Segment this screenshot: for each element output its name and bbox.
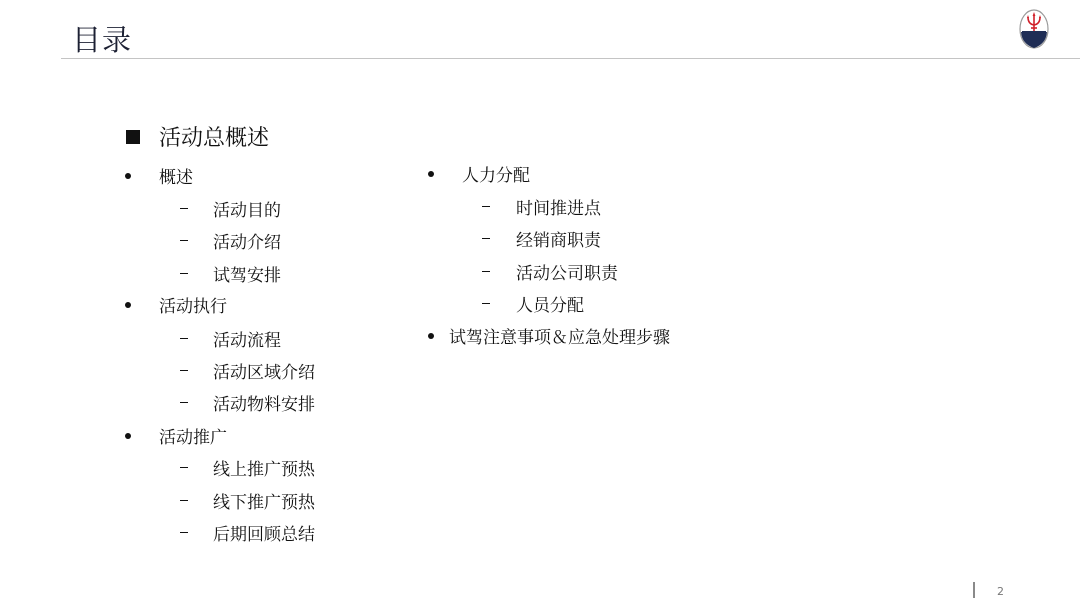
toc-subitem: 活动公司职责 [482, 259, 618, 284]
dash-icon [180, 273, 188, 275]
toc-subitem: 人员分配 [482, 291, 584, 316]
toc-subitem: 后期回顾总结 [180, 520, 315, 545]
dash-icon [180, 500, 188, 502]
toc-subitem-label: 经销商职责 [516, 226, 601, 251]
bullet-icon [428, 333, 434, 339]
toc-item: 人力分配 [428, 161, 530, 186]
toc-subitem: 线下推广预热 [180, 488, 315, 513]
toc-item: 活动推广 [125, 423, 227, 448]
toc-subitem-label: 活动目的 [213, 196, 281, 221]
section-heading-label: 活动总概述 [159, 121, 269, 152]
slide: 目录 活动总概述 概述 活动目的 活动介绍 [0, 0, 1080, 608]
toc-subitem-label: 线下推广预热 [213, 488, 315, 513]
dash-icon [482, 303, 490, 305]
dash-icon [482, 271, 490, 273]
dash-icon [180, 338, 188, 340]
toc-item-label: 活动推广 [159, 423, 227, 448]
toc-item-label: 活动执行 [159, 292, 227, 317]
toc-item: 概述 [125, 163, 193, 188]
page-number-divider [973, 582, 975, 598]
toc-subitem: 活动目的 [180, 196, 281, 221]
dash-icon [482, 238, 490, 240]
dash-icon [180, 240, 188, 242]
page-number: 2 [997, 585, 1004, 598]
toc-subitem: 试驾安排 [180, 261, 281, 286]
brand-logo-icon [1018, 8, 1050, 50]
dash-icon [180, 467, 188, 469]
toc-subitem-label: 后期回顾总结 [213, 520, 315, 545]
toc-item-label: 概述 [159, 163, 193, 188]
toc-subitem-label: 活动公司职责 [516, 259, 618, 284]
bullet-icon [125, 433, 131, 439]
dash-icon [180, 370, 188, 372]
toc-subitem-label: 人员分配 [516, 291, 584, 316]
square-bullet-icon [126, 130, 140, 144]
header-divider [61, 58, 1080, 59]
toc-subitem: 活动流程 [180, 326, 281, 351]
toc-item-label: 人力分配 [462, 161, 530, 186]
toc-subitem-label: 试驾安排 [213, 261, 281, 286]
toc-subitem: 活动介绍 [180, 228, 281, 253]
toc-subitem-label: 活动流程 [213, 326, 281, 351]
dash-icon [482, 206, 490, 208]
toc-subitem: 线上推广预热 [180, 455, 315, 480]
dash-icon [180, 532, 188, 534]
toc-item: 试驾注意事项＆应急处理步骤 [428, 323, 670, 348]
page-title: 目录 [72, 18, 132, 59]
toc-item: 活动执行 [125, 292, 227, 317]
toc-subitem-label: 线上推广预热 [213, 455, 315, 480]
toc-item-label: 试驾注意事项＆应急处理步骤 [449, 323, 670, 348]
section-heading: 活动总概述 [126, 121, 269, 152]
bullet-icon [125, 173, 131, 179]
toc-subitem: 时间推进点 [482, 194, 601, 219]
toc-subitem: 经销商职责 [482, 226, 601, 251]
toc-subitem-label: 活动区域介绍 [213, 358, 315, 383]
dash-icon [180, 208, 188, 210]
bullet-icon [428, 171, 434, 177]
toc-subitem-label: 活动介绍 [213, 228, 281, 253]
toc-subitem: 活动物料安排 [180, 390, 315, 415]
toc-subitem-label: 时间推进点 [516, 194, 601, 219]
toc-subitem-label: 活动物料安排 [213, 390, 315, 415]
dash-icon [180, 402, 188, 404]
bullet-icon [125, 302, 131, 308]
toc-subitem: 活动区域介绍 [180, 358, 315, 383]
